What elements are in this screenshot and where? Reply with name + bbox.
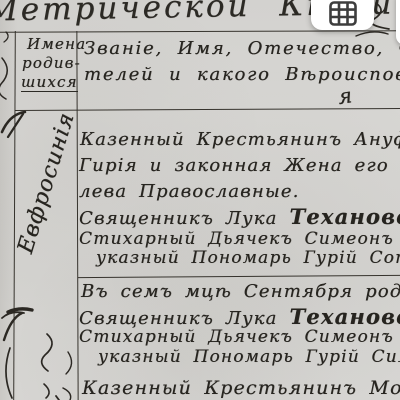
edge-partial-button[interactable] — [396, 0, 400, 45]
document-scan-viewer[interactable]: Метрической Книги Имена родив- шихся Зва… — [0, 0, 400, 400]
record1-line1: Казенный Крестьянинъ Ануфей Де — [80, 131, 400, 149]
record3-opening-line: Казенный Крестьянинъ Мои — [82, 379, 400, 398]
rule-top-horizontal — [0, 30, 400, 33]
record2-opening-line: Въ семъ мцѣ Сентября родилась Ма — [81, 283, 400, 301]
grid-view-button[interactable] — [311, 0, 374, 30]
grid-icon — [329, 1, 357, 27]
details-column-header-fragment: я — [337, 85, 355, 108]
record2-priest-prefix: Священникъ Лука — [79, 308, 289, 329]
names-column-header-line2: родив- — [22, 56, 81, 71]
record1-priest-surname: Техановс — [289, 204, 400, 229]
details-column-header-line2: телей и какого Вѣроисповѣдан — [84, 66, 400, 84]
margin-scribble — [6, 348, 12, 398]
margin-scribble — [42, 334, 52, 371]
born-name-rotated: Евфросинія — [10, 94, 84, 273]
margin-scribble — [66, 352, 72, 374]
margin-scribble — [0, 58, 7, 99]
record1-deacon-line: Стихарный Дьячекъ Симеонъ Се — [79, 231, 400, 248]
record1-line2: Гирія и законная Жена его Пер — [79, 157, 400, 175]
margin-scribble — [356, 32, 388, 36]
rule-record-divider-horizontal — [78, 275, 400, 279]
record1-sexton-line: указный Пономарь Гурій Сотниковъ — [96, 250, 400, 267]
record2-deacon-line: Стихарный Дьячекъ Симеонъ Симон — [79, 329, 400, 346]
margin-scribble — [44, 384, 49, 398]
margin-scribble — [8, 309, 32, 312]
record1-priest-line: Священникъ Лука Техановс — [79, 206, 400, 228]
names-column-header-line3: шихся — [21, 75, 78, 92]
margin-scribble — [63, 388, 71, 400]
names-column-header-line1: Имена — [27, 37, 86, 52]
record2-priest-surname: Техановскій — [289, 304, 400, 329]
record1-priest-prefix: Священникъ Лука — [79, 208, 289, 229]
details-column-header-line1: Званіе, Имя, Отечество, Фами — [84, 40, 400, 58]
record1-line3: лева Православные. — [79, 183, 300, 201]
record2-sexton-line: указный Пономарь Гурій Сими — [98, 349, 400, 366]
margin-scribble — [56, 396, 59, 400]
margin-scribble — [4, 32, 8, 42]
rule-vertical-margin — [13, 31, 16, 400]
record2-priest-line: Священникъ Лука Техановскій — [79, 306, 400, 328]
